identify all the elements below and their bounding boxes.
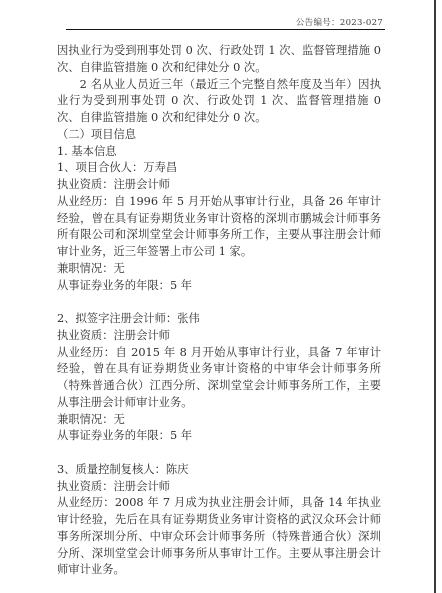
paragraph: 兼职情况：无	[57, 261, 381, 278]
paragraph: 执业资质：注册会计师	[57, 328, 381, 345]
paragraph: 从事证券业务的年限：5 年	[57, 428, 381, 445]
paragraph: 从业经历：自 2015 年 8 月开始从事审计行业，具备 7 年审计经验，曾在具…	[57, 345, 381, 412]
paragraph: 执业资质：注册会计师	[57, 479, 381, 496]
paragraph: 1、项目合伙人：万寿昌	[57, 160, 381, 177]
paragraph: 1. 基本信息	[57, 144, 381, 161]
paragraph	[57, 445, 381, 462]
paragraph: 从业经历：自 1996 年 5 月开始从事审计行业，具备 26 年审计经验，曾在…	[57, 194, 381, 261]
header-rule	[66, 29, 385, 30]
paragraph: 2、拟签字注册会计师：张伟	[57, 311, 381, 328]
document-page: 公告编号：2023-027 因执业行为受到刑事处罚 0 次、行政处罚 1 次、监…	[0, 0, 442, 593]
paragraph	[57, 294, 381, 311]
paragraph: 因执业行为受到刑事处罚 0 次、行政处罚 1 次、监督管理措施 0 次、自律监管…	[57, 43, 381, 77]
paragraph: （二）项目信息	[57, 127, 381, 144]
paragraph: 兼职情况：无	[57, 412, 381, 429]
announcement-number: 公告编号：2023-027	[0, 16, 383, 28]
paragraph: 2 名从业人员近三年（最近三个完整自然年度及当年）因执业行为受到刑事处罚 0 次…	[57, 77, 381, 127]
paragraph: 执业资质：注册会计师	[57, 177, 381, 194]
document-body: 因执业行为受到刑事处罚 0 次、行政处罚 1 次、监督管理措施 0 次、自律监管…	[57, 43, 381, 579]
paragraph: 从事证券业务的年限：5 年	[57, 278, 381, 295]
page-right-border	[434, 0, 436, 593]
paragraph: 从业经历：2008 年 7 月成为执业注册会计师，具备 14 年执业审计经验，先…	[57, 495, 381, 579]
paragraph: 3、质量控制复核人：陈庆	[57, 462, 381, 479]
